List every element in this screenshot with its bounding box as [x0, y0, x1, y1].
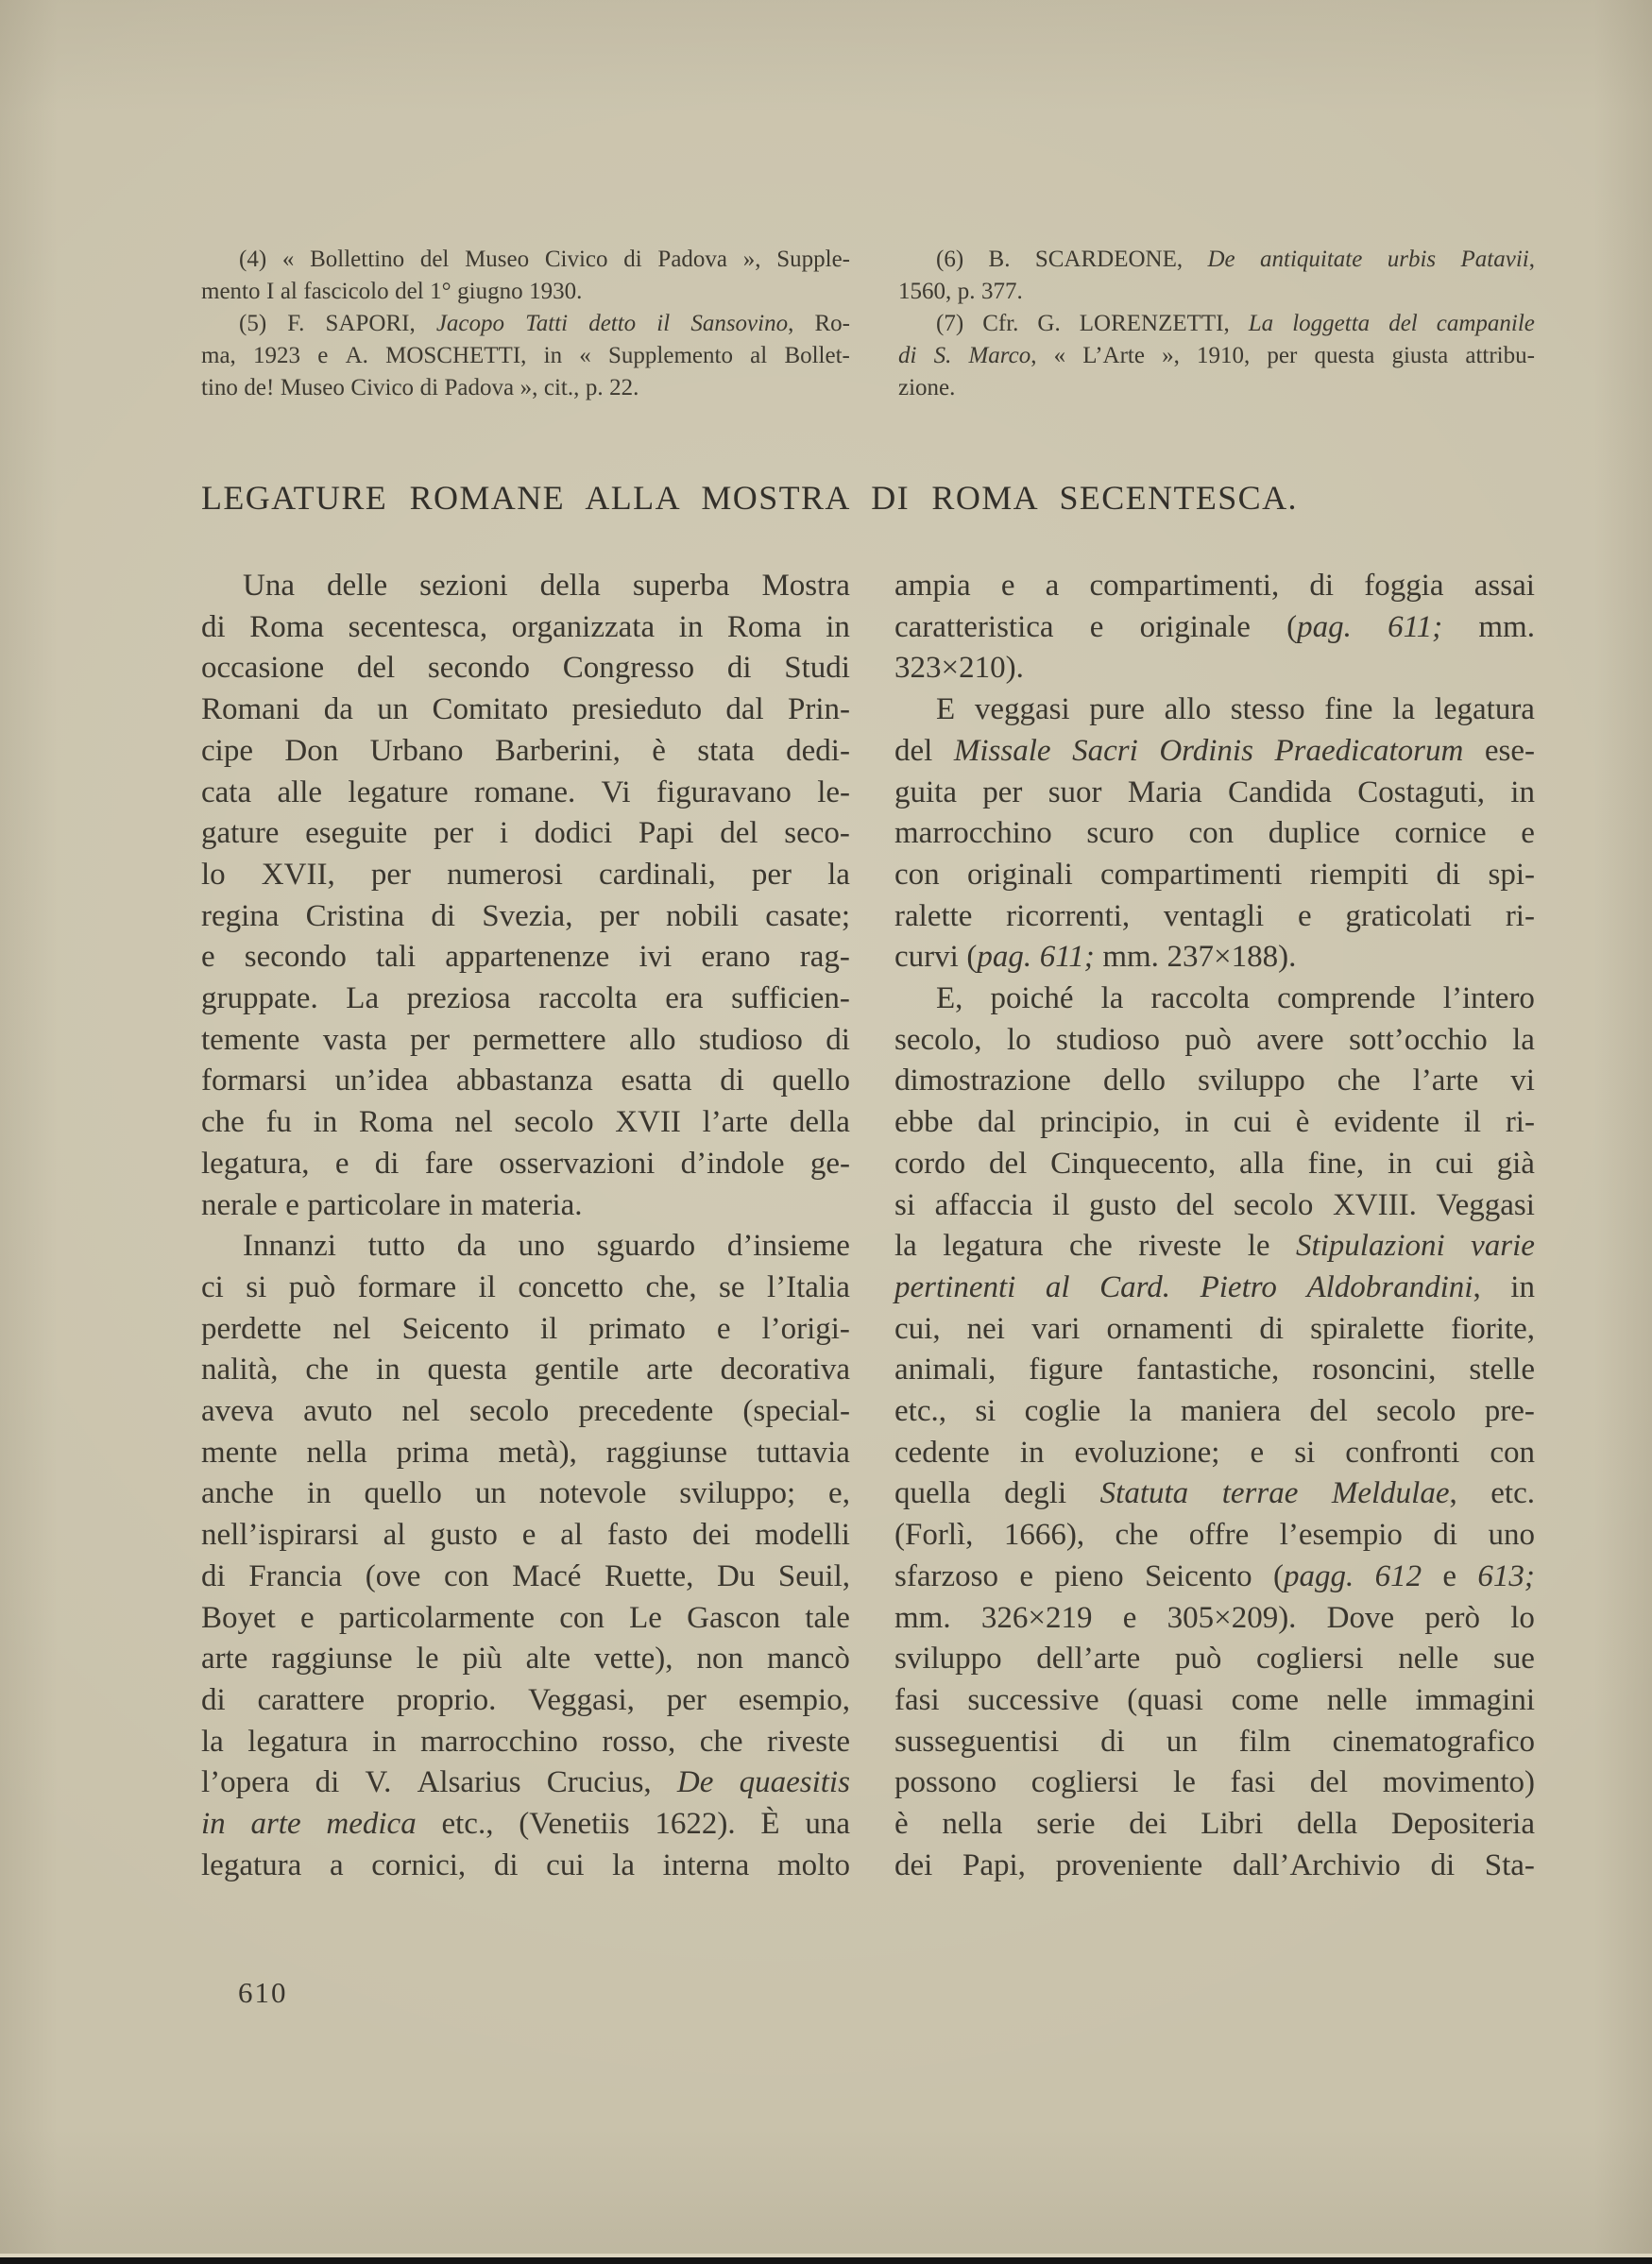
text-line: tementevastaperpermettereallostudiosodi — [201, 1020, 850, 1062]
text-line: pertinentialCard.PietroAldobrandini,in — [894, 1268, 1535, 1309]
text-line: sviluppodell’artepuòcogliersinellesue — [894, 1639, 1535, 1680]
text-line: neraleeparticolareinmateria. — [201, 1185, 850, 1227]
text-line: Eveggasipureallostessofinelalegatura — [894, 689, 1535, 731]
text-line: cataallelegatureromane.Vifiguravanole- — [201, 773, 850, 814]
text-line: diS.Marco,«L’Arte»,1910,perquestagiustaa… — [898, 340, 1535, 372]
text-line: (Forlì,1666),cheoffrel’esempiodiuno — [894, 1515, 1535, 1557]
text-line: (6)B.SCARDEONE,DeantiquitateurbisPatavii… — [898, 244, 1535, 276]
text-line: lalegaturainmarrocchinorosso,cheriveste — [201, 1722, 850, 1763]
text-line: (7)Cfr.G.LORENZETTI,Laloggettadelcampani… — [898, 308, 1535, 340]
text-line: UnadellesezionidellasuperbaMostra — [201, 566, 850, 607]
text-line: legatura,edifareosservazionid’indolege- — [201, 1144, 850, 1185]
text-line: lalegaturacherivesteleStipulazionivarie — [894, 1226, 1535, 1268]
text-line: gatureeseguiteperidodiciPapidelseco- — [201, 813, 850, 855]
text-line: ancheinquellounnotevolesviluppo;e, — [201, 1473, 850, 1515]
text-line: etc.,sicoglielamanieradelsecolopre- — [894, 1391, 1535, 1433]
text-line: cui,neivariornamentidispiralettefiorite, — [894, 1309, 1535, 1351]
text-line: BoyeteparticolarmenteconLeGascontale — [201, 1598, 850, 1640]
scanned-book-page: (4)«BollettinodelMuseoCivicodiPadova»,Su… — [0, 0, 1652, 2264]
text-line: zione. — [898, 372, 1535, 404]
text-line: Innanzituttodaunosguardod’insieme — [201, 1226, 850, 1268]
text-line: reginaCristinadiSvezia,pernobilicasate; — [201, 896, 850, 938]
text-line: mm.326×219e305×209).Doveperòlo — [894, 1598, 1535, 1640]
text-line: possonocogliersilefasidelmovimento) — [894, 1762, 1535, 1804]
text-line: formarsiun’ideaabbastanzaesattadiquello — [201, 1061, 850, 1102]
text-line: siaffacciailgustodelsecoloXVIII.Veggasi — [894, 1185, 1535, 1227]
text-line: 1560,p.377. — [898, 276, 1535, 308]
text-line: cordodelCinquecento,allafine,incuigià — [894, 1144, 1535, 1185]
text-line: fasisuccessive(quasicomenelleimmagini — [894, 1680, 1535, 1722]
footnote-column-right: (6)B.SCARDEONE,DeantiquitateurbisPatavii… — [898, 244, 1535, 404]
text-line: diFrancia(oveconMacéRuette,DuSeuil, — [201, 1557, 850, 1598]
text-line: secolo,lostudiosopuòaveresott’occhiola — [894, 1020, 1535, 1062]
text-line: E,poichélaraccoltacomprendel’intero — [894, 979, 1535, 1020]
text-line: animali,figurefantastiche,rosoncini,stel… — [894, 1350, 1535, 1391]
text-line: conoriginalicompartimentiriempitidispi- — [894, 855, 1535, 896]
text-line: (4)«BollettinodelMuseoCivicodiPadova»,Su… — [201, 244, 850, 276]
text-line: gruppate.Lapreziosaraccoltaerasufficien- — [201, 979, 850, 1020]
text-line: ralettericorrenti,ventagliegraticolatiri… — [894, 896, 1535, 938]
text-line: cedenteinevoluzione;esiconfronticon — [894, 1433, 1535, 1474]
text-line: dimostrazionedellosviluppochel’artevi — [894, 1061, 1535, 1102]
text-line: perdettenelSeicentoilprimatoel’origi- — [201, 1309, 850, 1351]
text-line: deiPapi,provenientedall’ArchiviodiSta- — [894, 1846, 1535, 1887]
page-number: 610 — [238, 1976, 288, 2010]
text-line: susseguentisidiunfilmcinematografico — [894, 1722, 1535, 1763]
text-line: mentoIalfascicolodel1°giugno1930. — [201, 276, 850, 308]
text-line: ma,1923eA.MOSCHETTI,in«SupplementoalBoll… — [201, 340, 850, 372]
text-line: 323×210). — [894, 648, 1535, 689]
text-line: cipeDonUrbanoBarberini,èstatadedi- — [201, 731, 850, 773]
body-column-right: ampiaeacompartimenti,difoggiaassaicaratt… — [894, 566, 1535, 1887]
text-line: cisipuòformareilconcettoche,sel’Italia — [201, 1268, 850, 1309]
text-line: loXVII,pernumerosicardinali,perla — [201, 855, 850, 896]
article-title: LEGATURE ROMANE ALLA MOSTRA DI ROMA SECE… — [201, 478, 1298, 518]
text-line: nell’ispirarsialgustoealfastodeimodelli — [201, 1515, 850, 1557]
text-line: legaturaacornici,dicuilainternamolto — [201, 1846, 850, 1887]
text-line: occasionedelsecondoCongressodiStudi — [201, 648, 850, 689]
text-line: ebbedalprincipio,incuièevidenteilri- — [894, 1102, 1535, 1144]
text-line: sfarzosoepienoSeicento(pagg.612e613; — [894, 1557, 1535, 1598]
text-line: inartemedicaetc.,(Venetiis1622).Èuna — [201, 1804, 850, 1846]
text-line: marrocchinoscuroconduplicecornicee — [894, 813, 1535, 855]
footnote-column-left: (4)«BollettinodelMuseoCivicodiPadova»,Su… — [201, 244, 850, 404]
text-line: dicarattereproprio.Veggasi,peresempio, — [201, 1680, 850, 1722]
text-line: nalità,cheinquestagentileartedecorativa — [201, 1350, 850, 1391]
text-line: mentenellaprimametà),raggiunsetuttavia — [201, 1433, 850, 1474]
text-line: l’operadiV.AlsariusCrucius,Dequaesitis — [201, 1762, 850, 1804]
text-line: ampiaeacompartimenti,difoggiaassai — [894, 566, 1535, 607]
text-line: tinode!MuseoCivicodiPadova»,cit.,p.22. — [201, 372, 850, 404]
text-line: ènellaseriedeiLibridellaDepositeria — [894, 1804, 1535, 1846]
text-line: avevaavutonelsecoloprecedente(special- — [201, 1391, 850, 1433]
text-line: caratteristicaeoriginale(pag.611;mm. — [894, 607, 1535, 649]
scan-edge-bar — [0, 2257, 1652, 2264]
text-line: chefuinRomanelsecoloXVIIl’artedella — [201, 1102, 850, 1144]
text-line: quelladegliStatutaterraeMeldulae,etc. — [894, 1473, 1535, 1515]
text-line: guitapersuorMariaCandidaCostaguti,in — [894, 773, 1535, 814]
text-line: arteraggiunselepiùaltevette),nonmancò — [201, 1639, 850, 1680]
text-line: (5)F.SAPORI,JacopoTattidettoilSansovino,… — [201, 308, 850, 340]
body-column-left: UnadellesezionidellasuperbaMostradiRomas… — [201, 566, 850, 1887]
text-line: delMissaleSacriOrdinisPraedicatorumese- — [894, 731, 1535, 773]
text-line: esecondotaliappartenenzeivieranorag- — [201, 937, 850, 979]
text-line: RomanidaunComitatopresiedutodalPrin- — [201, 689, 850, 731]
text-line: diRomasecentesca,organizzatainRomain — [201, 607, 850, 649]
text-line: curvi(pag.611;mm.237×188). — [894, 937, 1535, 979]
